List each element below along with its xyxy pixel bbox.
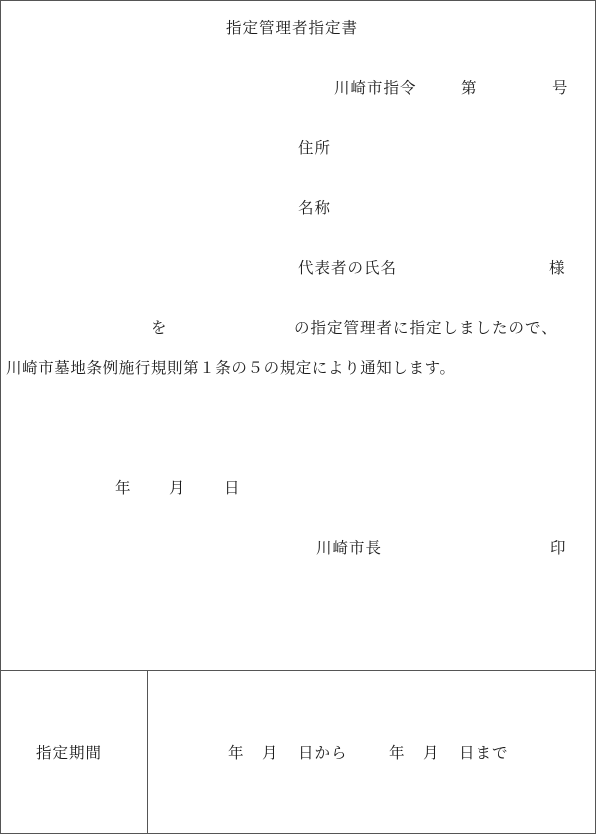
name-label: 名称 xyxy=(298,199,331,217)
date-year: 年 xyxy=(115,479,132,497)
body-wo: を xyxy=(151,319,168,337)
period-to-month: 月 xyxy=(423,744,440,762)
table-column-divider xyxy=(147,670,148,834)
period-from-year: 年 xyxy=(228,744,245,762)
period-to-day: 日まで xyxy=(459,744,509,762)
document-frame xyxy=(0,0,596,834)
body-line2: 川崎市墓地条例施行規則第１条の５の規定により通知します。 xyxy=(6,359,456,377)
body-line1: の指定管理者に指定しましたので、 xyxy=(294,319,558,337)
date-month: 月 xyxy=(169,479,186,497)
honorific: 様 xyxy=(549,259,566,277)
order-go: 号 xyxy=(552,79,569,97)
document-title: 指定管理者指定書 xyxy=(226,19,358,37)
period-from-month: 月 xyxy=(262,744,279,762)
representative-label: 代表者の氏名 xyxy=(298,259,397,277)
order-dai: 第 xyxy=(461,79,478,97)
table-top-divider xyxy=(0,670,596,671)
address-label: 住所 xyxy=(298,139,331,157)
order-prefix: 川崎市指令 xyxy=(334,79,417,97)
date-day: 日 xyxy=(224,479,241,497)
mayor-label: 川崎市長 xyxy=(316,539,382,557)
period-to-year: 年 xyxy=(389,744,406,762)
seal-mark: 印 xyxy=(550,539,567,557)
period-label: 指定期間 xyxy=(36,744,102,762)
period-from-day: 日から xyxy=(298,744,348,762)
